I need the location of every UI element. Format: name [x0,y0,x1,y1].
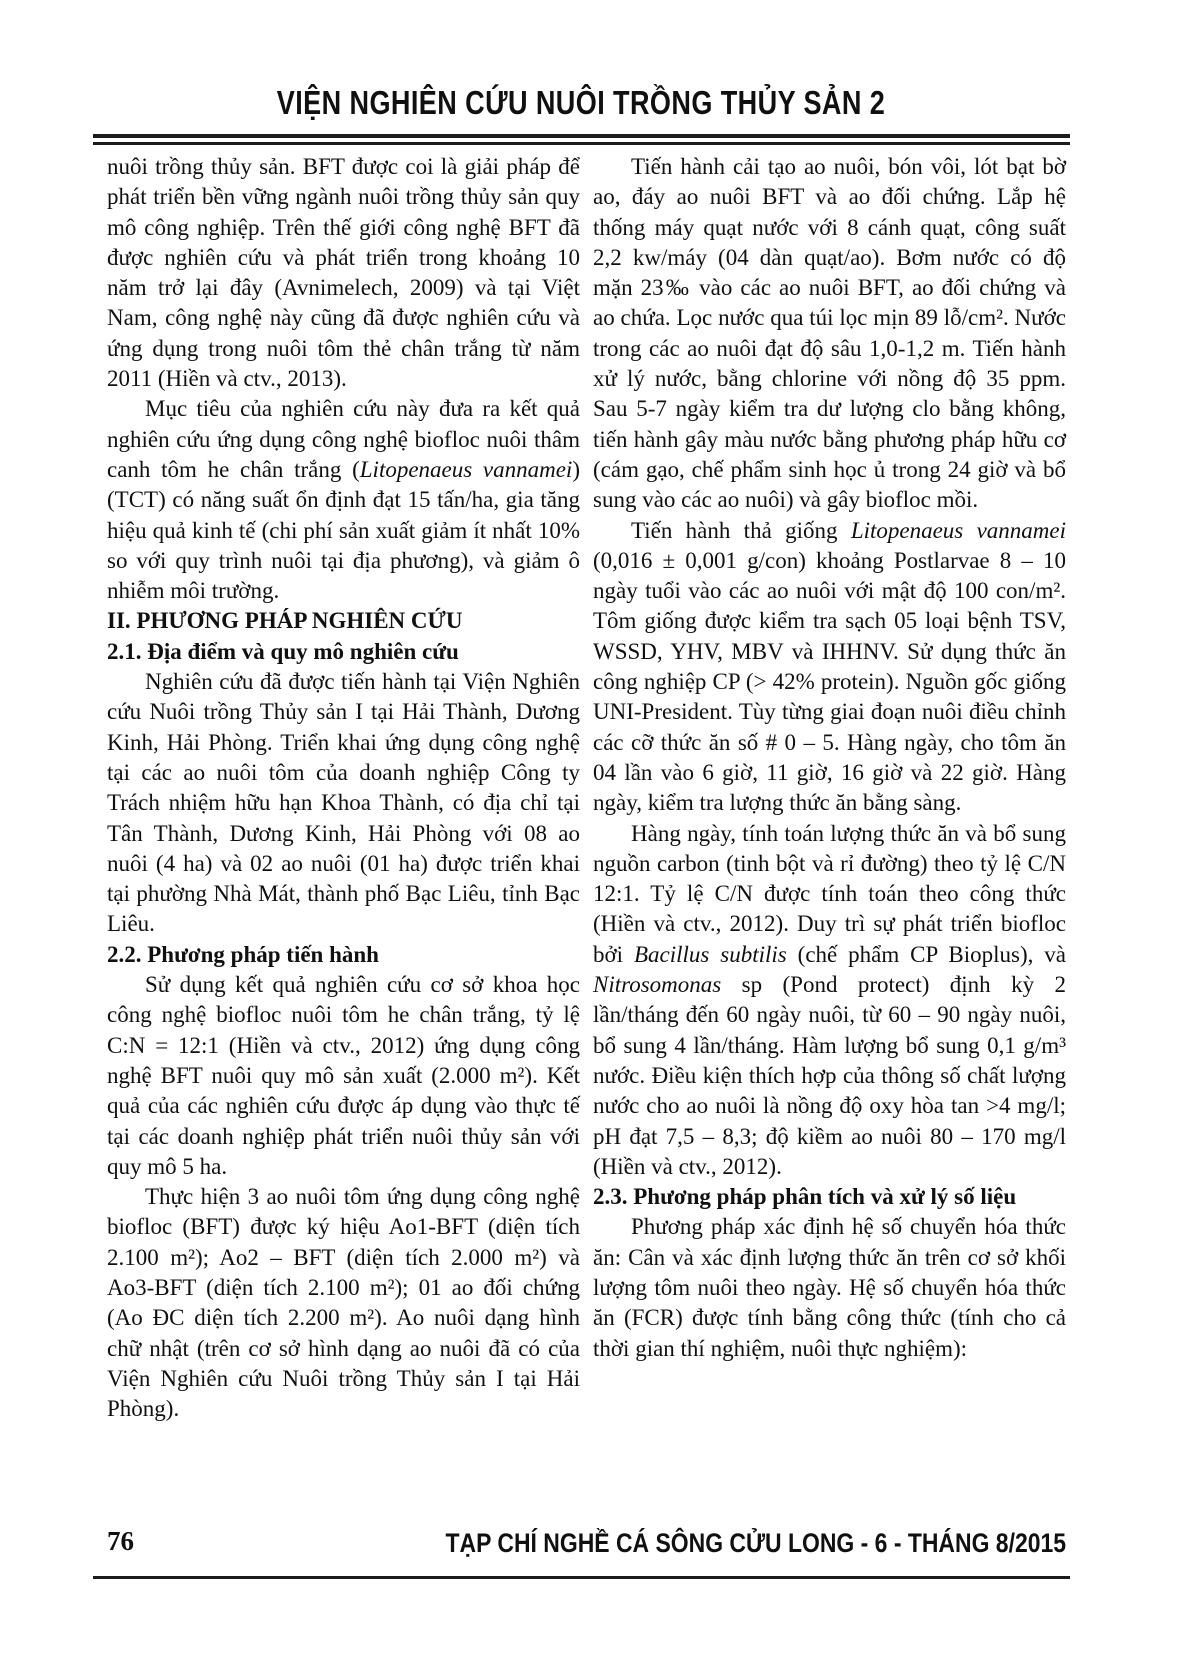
right-column: Tiến hành cải tạo ao nuôi, bón vôi, lót … [593,152,1066,1424]
text-run: sp (Pond protect) định kỳ 2 lần/tháng đế… [593,972,1066,1179]
bacteria-name-italic: Bacillus subtilis [634,942,787,967]
objective-paragraph: Mục tiêu của nghiên cứu này đưa ra kết q… [107,394,580,606]
pond-setup-paragraph: Thực hiện 3 ao nuôi tôm ứng dụng công ng… [107,1182,580,1424]
subsection-2-1-heading: 2.1. Địa điểm và quy mô nghiên cứu [107,637,580,667]
page-number: 76 [107,1526,134,1557]
text-run: Tiến hành thả giống [631,518,851,543]
page-header: VIỆN NGHIÊN CỨU NUÔI TRỒNG THỦY SẢN 2 [93,84,1070,122]
intro-continuation-paragraph: nuôi trồng thủy sản. BFT được coi là giả… [107,152,580,394]
content-columns: nuôi trồng thủy sản. BFT được coi là giả… [107,152,1066,1424]
species-name-italic: Litopenaeus vannamei [360,457,573,482]
method-basis-paragraph: Sử dụng kết quả nghiên cứu cơ sở khoa họ… [107,970,580,1182]
footer-rule [93,1576,1070,1579]
header-double-rule [93,134,1070,145]
location-scale-paragraph: Nghiên cứu đã được tiến hành tại Viện Ng… [107,667,580,940]
section-ii-heading: II. PHƯƠNG PHÁP NGHIÊN CỨU [107,606,580,636]
pond-preparation-paragraph: Tiến hành cải tạo ao nuôi, bón vôi, lót … [593,152,1066,516]
feeding-carbon-paragraph: Hàng ngày, tính toán lượng thức ăn và bổ… [593,819,1066,1183]
text-run: (0,016 ± 0,001 g/con) khoảng Postlarvae … [593,548,1066,815]
bacteria-name-italic: Nitrosomonas [593,972,721,997]
species-name-italic: Litopenaeus vannamei [851,518,1066,543]
fcr-method-paragraph: Phương pháp xác định hệ số chuyển hóa th… [593,1212,1066,1363]
journal-header-title: VIỆN NGHIÊN CỨU NUÔI TRỒNG THỦY SẢN 2 [277,84,885,122]
text-run: (chế phẩm CP Bioplus), và [787,942,1066,967]
left-column: nuôi trồng thủy sản. BFT được coi là giả… [107,152,580,1424]
subsection-2-2-heading: 2.2. Phương pháp tiến hành [107,940,580,970]
subsection-2-3-heading: 2.3. Phương pháp phân tích và xử lý số l… [593,1182,1066,1212]
stocking-paragraph: Tiến hành thả giống Litopenaeus vannamei… [593,516,1066,819]
journal-footer-title: TẠP CHÍ NGHỀ CÁ SÔNG CỬU LONG - 6 - THÁN… [445,1528,1066,1559]
journal-page: VIỆN NGHIÊN CỨU NUÔI TRỒNG THỦY SẢN 2 nu… [0,0,1181,1653]
page-footer: TẠP CHÍ NGHỀ CÁ SÔNG CỬU LONG - 6 - THÁN… [336,1528,1066,1559]
